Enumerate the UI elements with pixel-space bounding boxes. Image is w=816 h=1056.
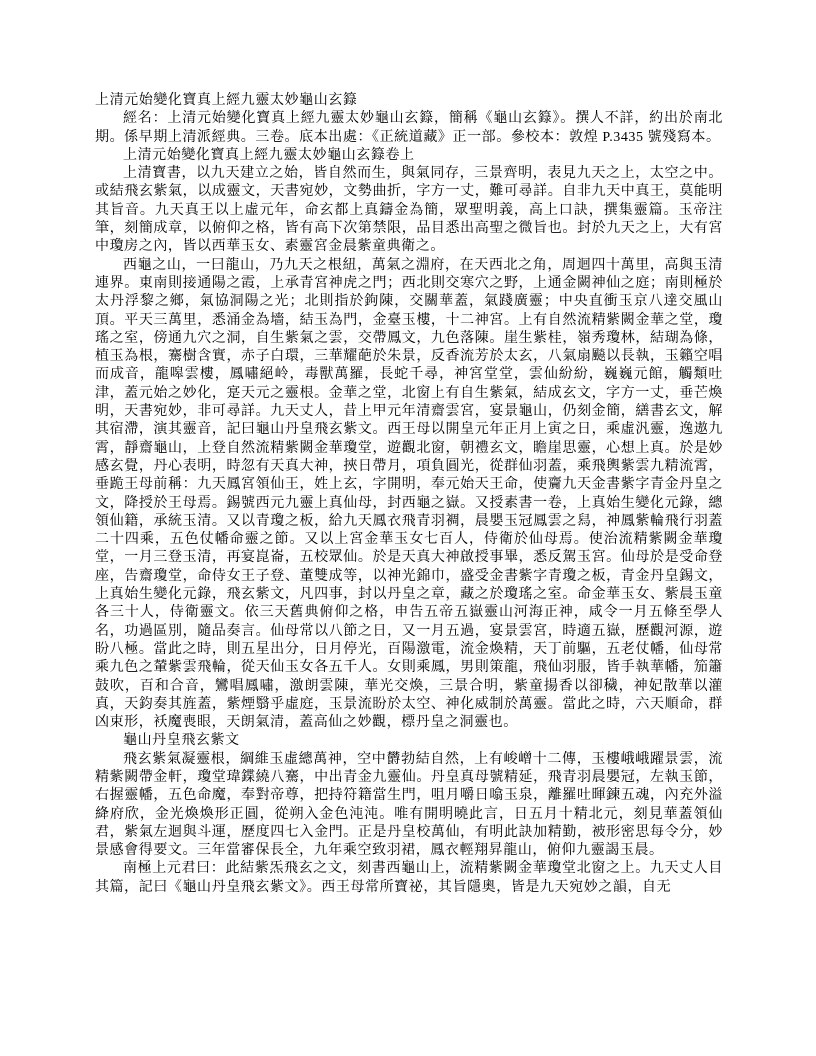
paragraph: 南極上元君曰：此結紫炁飛玄之文，刻書西龜山上，流精紫闕金華瓊堂北窗之上。九天丈人… bbox=[95, 860, 723, 897]
section-heading: 龜山丹皇飛玄紫文 bbox=[95, 732, 723, 750]
verse-paragraph: 飛玄紫氣凝靈根，綱維玉虛總萬神，空中欝勃結自然，上有峻嶒十二傳，玉樓峨峨躍景雲，… bbox=[95, 751, 723, 861]
text-column: 上清元始變化寶真上經九靈太妙龜山玄籙經名：上清元始變化寶真上經九靈太妙龜山玄籙，… bbox=[95, 92, 723, 897]
paragraph: 西龜之山，一曰龍山，乃九天之根紐，萬氣之淵府，在天西北之角，周迴四十萬里，高與玉… bbox=[95, 257, 723, 733]
document-title-line: 上清元始變化寶真上經九靈太妙龜山玄籙 bbox=[95, 92, 723, 110]
bibliographic-note: 經名：上清元始變化寶真上經九靈太妙龜山玄籙，簡稱《龜山玄籙》。撰人不詳，約出於南… bbox=[95, 110, 723, 147]
paragraph: 上清寶書，以九天建立之始，皆自然而生，與氣同存，三景齊明，表見九天之上，太空之中… bbox=[95, 165, 723, 256]
juan-heading: 上清元始變化寶真上經九靈太妙龜山玄籙卷上 bbox=[95, 147, 723, 165]
document-page: 上清元始變化寶真上經九靈太妙龜山玄籙經名：上清元始變化寶真上經九靈太妙龜山玄籙，… bbox=[0, 0, 816, 1056]
